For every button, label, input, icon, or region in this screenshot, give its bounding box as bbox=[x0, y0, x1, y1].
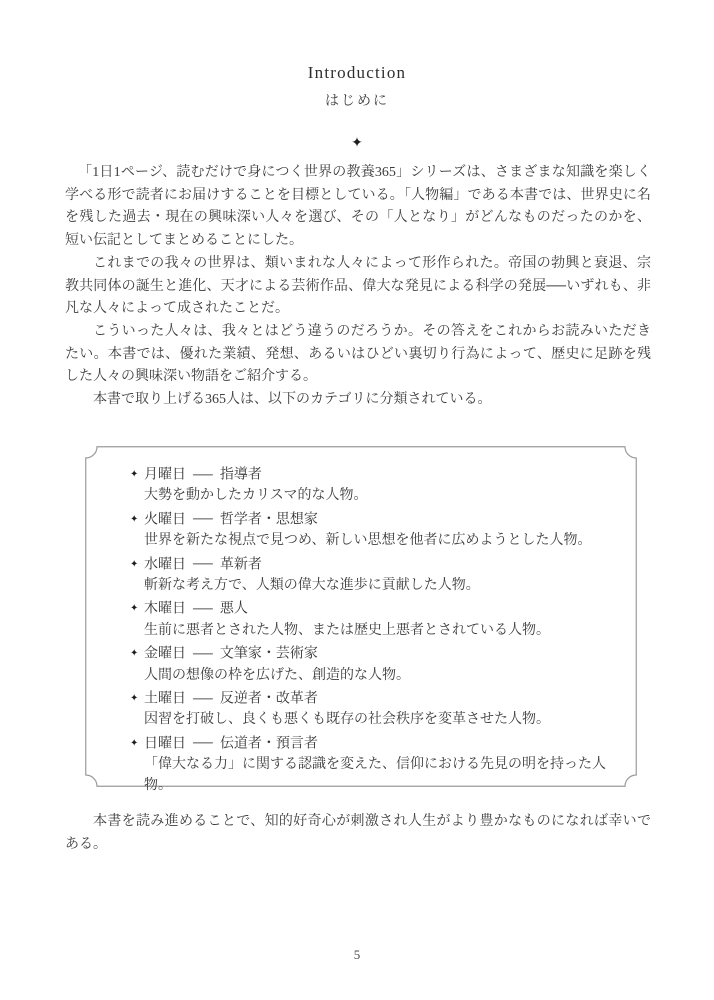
category-role: 革新者 bbox=[220, 557, 262, 572]
category-dash: ── bbox=[193, 647, 213, 662]
diamond-icon: ✦ bbox=[130, 644, 144, 665]
paragraph: 本書で取り上げる365人は、以下のカテゴリに分類されている。 bbox=[65, 389, 651, 412]
category-description: 生前に悪者とされた人物、または歴史上悪者とされている人物。 bbox=[130, 621, 611, 642]
category-heading: ✦水曜日──革新者 bbox=[130, 555, 611, 576]
category-role: 文筆家・芸術家 bbox=[220, 647, 318, 662]
category-item: ✦月曜日──指導者 大勢を動かしたカリスマ的な人物。 bbox=[130, 465, 611, 507]
closing-paragraph: 本書を読み進めることで、知的好奇心が刺激され人生がより豊かなものになれば幸いであ… bbox=[65, 810, 651, 856]
page-header: Introduction はじめに ✦ bbox=[0, 63, 714, 152]
category-day: 金曜日 bbox=[144, 647, 186, 662]
category-item: ✦火曜日──哲学者・思想家 世界を新たな視点で見つめ、新しい思想を他者に広めよう… bbox=[130, 510, 611, 552]
diamond-icon: ✦ bbox=[130, 555, 144, 576]
category-heading: ✦火曜日──哲学者・思想家 bbox=[130, 510, 611, 531]
diamond-icon: ✦ bbox=[130, 510, 144, 531]
category-description: 斬新な考え方で、人類の偉大な進歩に貢献した人物。 bbox=[130, 576, 611, 597]
paragraph: これまでの我々の世界は、類いまれな人々によって形作られた。帝国の勃興と衰退、宗教… bbox=[65, 253, 651, 321]
category-dash: ── bbox=[193, 602, 213, 617]
book-page: Introduction はじめに ✦ 「1日1ページ、読むだけで身につく世界の… bbox=[0, 0, 714, 1000]
category-description: 「偉大なる力」に関する認識を変えた、信仰における先見の明を持った人物。 bbox=[130, 755, 611, 797]
category-day: 火曜日 bbox=[144, 512, 186, 527]
category-role: 反逆者・改革者 bbox=[220, 692, 318, 707]
category-dash: ── bbox=[193, 557, 213, 572]
category-item: ✦土曜日──反逆者・改革者 因習を打破し、良くも悪くも既存の社会秩序を変革させた… bbox=[130, 689, 611, 731]
page-number: 5 bbox=[0, 947, 714, 963]
category-dash: ── bbox=[193, 736, 213, 751]
category-description: 世界を新たな視点で見つめ、新しい思想を他者に広めようとした人物。 bbox=[130, 531, 611, 552]
category-role: 悪人 bbox=[220, 602, 248, 617]
category-day: 水曜日 bbox=[144, 557, 186, 572]
category-heading: ✦日曜日──伝道者・預言者 bbox=[130, 734, 611, 755]
category-description: 大勢を動かしたカリスマ的な人物。 bbox=[130, 486, 611, 507]
paragraph: こういった人々は、我々とはどう違うのだろうか。その答えをこれからお読みいただきた… bbox=[65, 321, 651, 389]
category-role: 指導者 bbox=[220, 468, 262, 483]
chapter-title-en: Introduction bbox=[0, 63, 714, 83]
category-description: 因習を打破し、良くも悪くも既存の社会秩序を変革させた人物。 bbox=[130, 710, 611, 731]
category-dash: ── bbox=[193, 512, 213, 527]
category-role: 伝道者・預言者 bbox=[220, 736, 318, 751]
category-item: ✦木曜日──悪人 生前に悪者とされた人物、または歴史上悪者とされている人物。 bbox=[130, 599, 611, 641]
paragraph: 「1日1ページ、読むだけで身につく世界の教養365」シリーズは、さまざまな知識を… bbox=[65, 162, 651, 253]
diamond-icon: ✦ bbox=[130, 465, 144, 486]
chapter-title-ja: はじめに bbox=[0, 90, 714, 110]
category-day: 日曜日 bbox=[144, 736, 186, 751]
category-day: 木曜日 bbox=[144, 602, 186, 617]
category-description: 人間の想像の枠を広げた、創造的な人物。 bbox=[130, 666, 611, 687]
category-box: ✦月曜日──指導者 大勢を動かしたカリスマ的な人物。 ✦火曜日──哲学者・思想家… bbox=[85, 446, 637, 787]
category-item: ✦金曜日──文筆家・芸術家 人間の想像の枠を広げた、創造的な人物。 bbox=[130, 644, 611, 686]
category-heading: ✦月曜日──指導者 bbox=[130, 465, 611, 486]
diamond-ornament-icon: ✦ bbox=[0, 135, 714, 152]
category-item: ✦日曜日──伝道者・預言者 「偉大なる力」に関する認識を変えた、信仰における先見… bbox=[130, 734, 611, 797]
intro-text: 「1日1ページ、読むだけで身につく世界の教養365」シリーズは、さまざまな知識を… bbox=[65, 162, 651, 412]
category-dash: ── bbox=[193, 692, 213, 707]
diamond-icon: ✦ bbox=[130, 734, 144, 755]
category-item: ✦水曜日──革新者 斬新な考え方で、人類の偉大な進歩に貢献した人物。 bbox=[130, 555, 611, 597]
diamond-icon: ✦ bbox=[130, 689, 144, 710]
diamond-icon: ✦ bbox=[130, 599, 144, 620]
category-list: ✦月曜日──指導者 大勢を動かしたカリスマ的な人物。 ✦火曜日──哲学者・思想家… bbox=[130, 465, 611, 800]
category-heading: ✦木曜日──悪人 bbox=[130, 599, 611, 620]
category-heading: ✦土曜日──反逆者・改革者 bbox=[130, 689, 611, 710]
category-day: 月曜日 bbox=[144, 468, 186, 483]
category-role: 哲学者・思想家 bbox=[220, 512, 318, 527]
category-heading: ✦金曜日──文筆家・芸術家 bbox=[130, 644, 611, 665]
category-day: 土曜日 bbox=[144, 692, 186, 707]
category-dash: ── bbox=[193, 468, 213, 483]
